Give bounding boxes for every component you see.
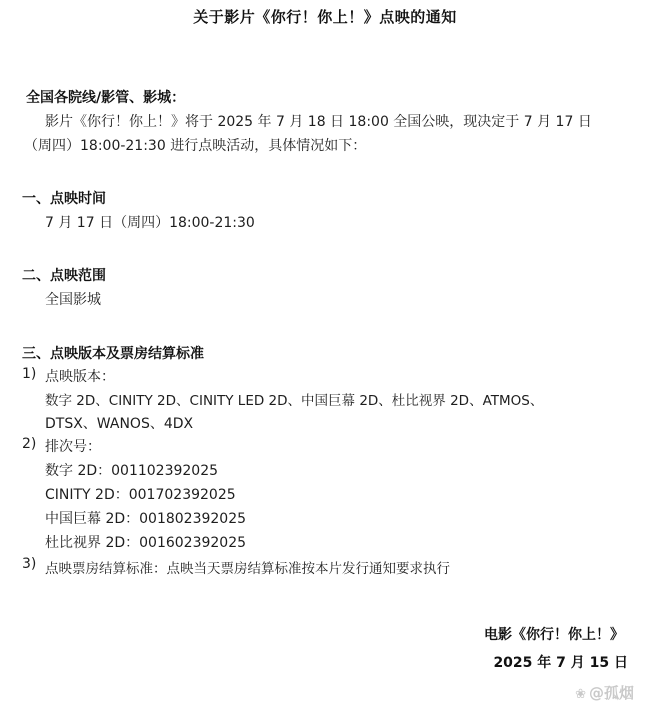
signature-date: 2025 年 7 月 15 日: [493, 652, 628, 672]
signature: 电影《你行！你上！》: [484, 624, 624, 644]
section-1-heading: 一、点映时间: [22, 188, 106, 208]
screening-code: 杜比视界 2D：001602392025: [45, 532, 246, 552]
salutation: 全国各院线/影管、影城：: [26, 87, 185, 107]
screening-code: 中国巨幕 2D：001802392025: [45, 508, 246, 528]
screening-code: 数字 2D：001102392025: [45, 460, 218, 480]
intro-line-1: 影片《你行！你上！》将于 2025 年 7 月 18 日 18:00 全国公映，…: [45, 111, 592, 131]
item-1-versions-line-1: 数字 2D、CINITY 2D、CINITY LED 2D、中国巨幕 2D、杜比…: [45, 389, 543, 409]
screening-code: CINITY 2D：001702392025: [45, 484, 236, 504]
document-title: 关于影片《你行！你上！》点映的通知: [0, 6, 650, 27]
item-3-number: 3): [22, 556, 36, 572]
section-3-heading: 三、点映版本及票房结算标准: [22, 343, 204, 363]
item-2-number: 2): [22, 436, 36, 452]
watermark-text: @孤烟: [589, 684, 634, 702]
intro-line-2: （周四）18:00-21:30 进行点映活动，具体情况如下：: [24, 135, 366, 155]
paw-icon: ❀: [575, 687, 586, 702]
item-1-label: 点映版本：: [45, 366, 115, 386]
watermark: ❀@孤烟: [575, 682, 634, 703]
item-1-versions-line-2: DTSX、WANOS、4DX: [45, 413, 193, 433]
section-1-body: 7 月 17 日（周四）18:00-21:30: [45, 212, 255, 232]
section-2-body: 全国影城: [45, 289, 101, 309]
item-1-number: 1): [22, 366, 36, 382]
item-2-label: 排次号：: [45, 436, 101, 456]
section-2-heading: 二、点映范围: [22, 265, 106, 285]
item-3-text: 点映票房结算标准：点映当天票房结算标准按本片发行通知要求执行: [45, 557, 450, 577]
